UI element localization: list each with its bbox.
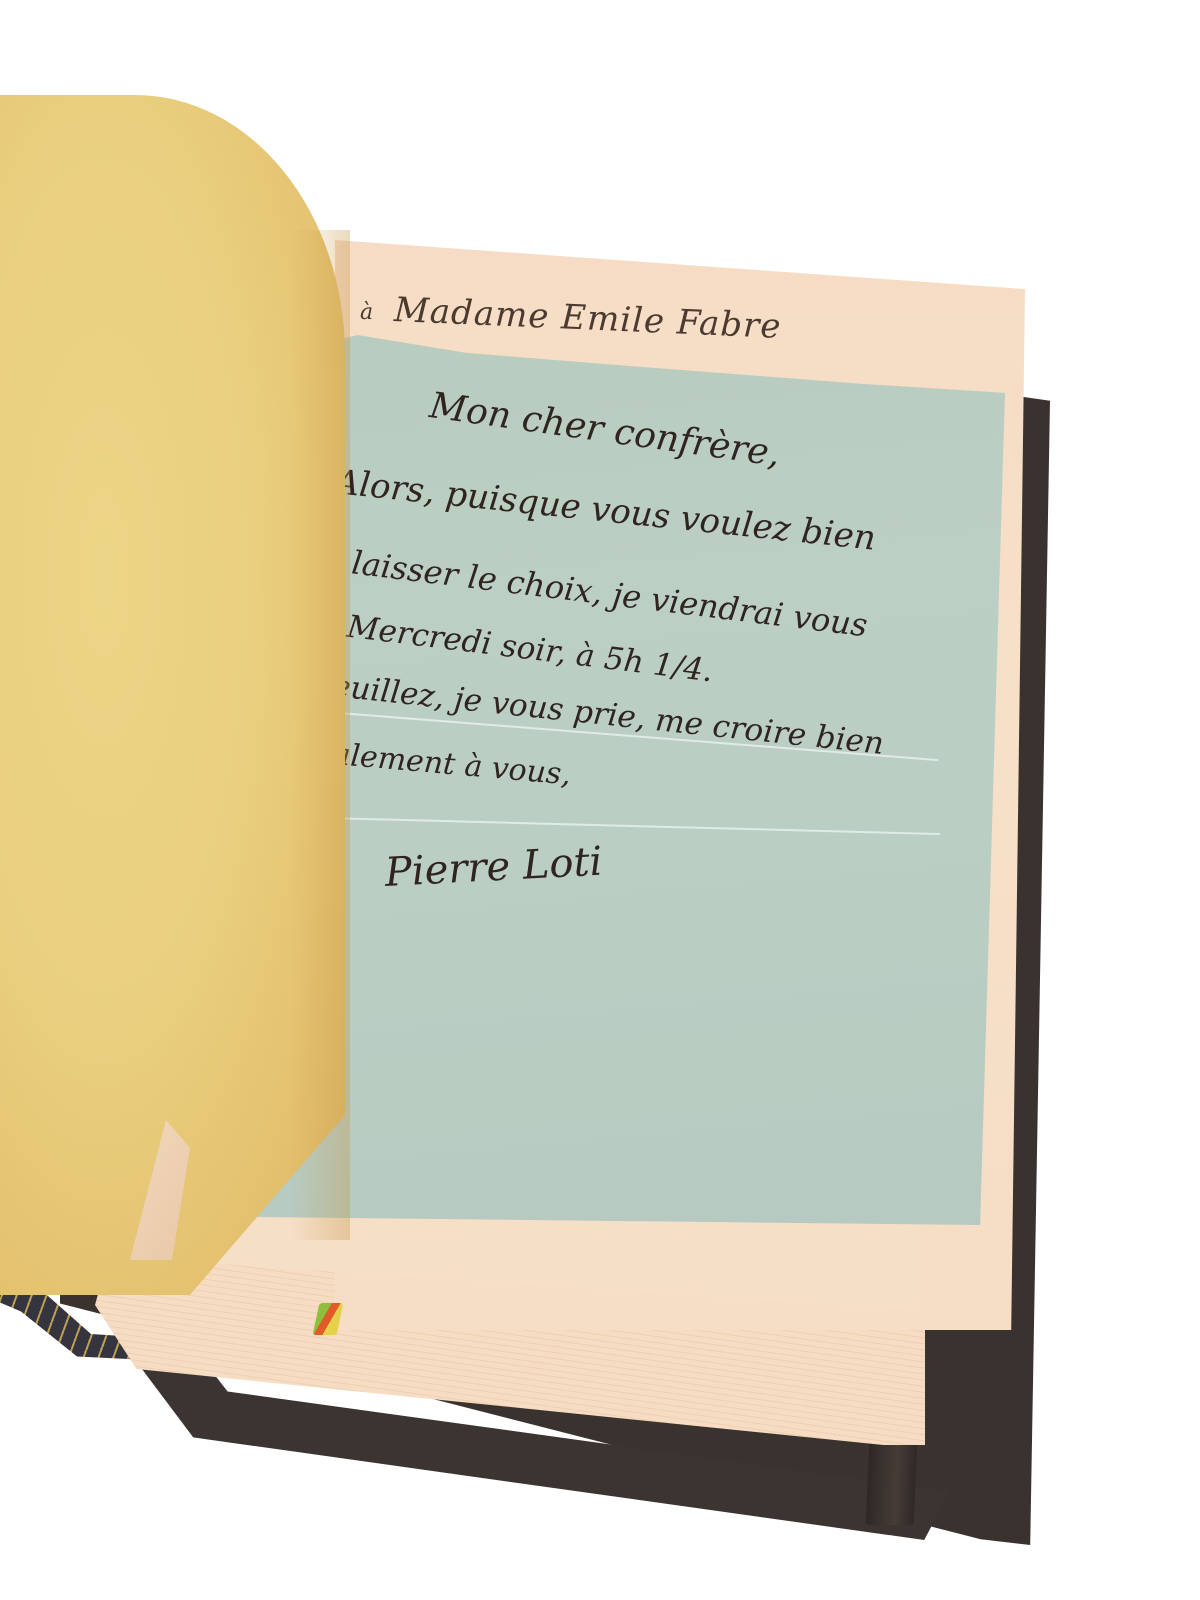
- left-page-shadow: [290, 230, 350, 1240]
- book-photo: à Madame Emile Fabre Mon cher confrère, …: [0, 0, 1200, 1600]
- inscription-prefix: à: [360, 300, 373, 325]
